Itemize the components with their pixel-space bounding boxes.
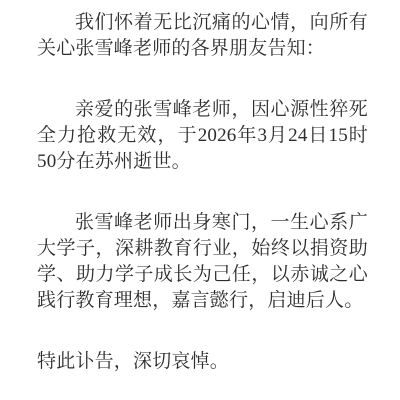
- notice-paragraph-intro: 我们怀着无比沉痛的心情，向所有关心张雪峰老师的各界朋友告知：: [37, 10, 368, 62]
- obituary-notice: 我们怀着无比沉痛的心情，向所有关心张雪峰老师的各界朋友告知： 亲爱的张雪峰老师，…: [0, 0, 400, 400]
- notice-closing-line: 特此讣告，深切哀悼。: [37, 349, 368, 375]
- page: { "notice": { "intro": "我们怀着无比沉痛的心情，向所有关…: [0, 0, 400, 400]
- notice-paragraph-death-announcement: 亲爱的张雪峰老师，因心源性猝死全力抢救无效，于2026年3月24日15时50分在…: [37, 97, 368, 175]
- notice-paragraph-tribute: 张雪峰老师出身寒门，一生心系广大学子，深耕教育行业，始终以捐资助学、助力学子成长…: [37, 210, 368, 314]
